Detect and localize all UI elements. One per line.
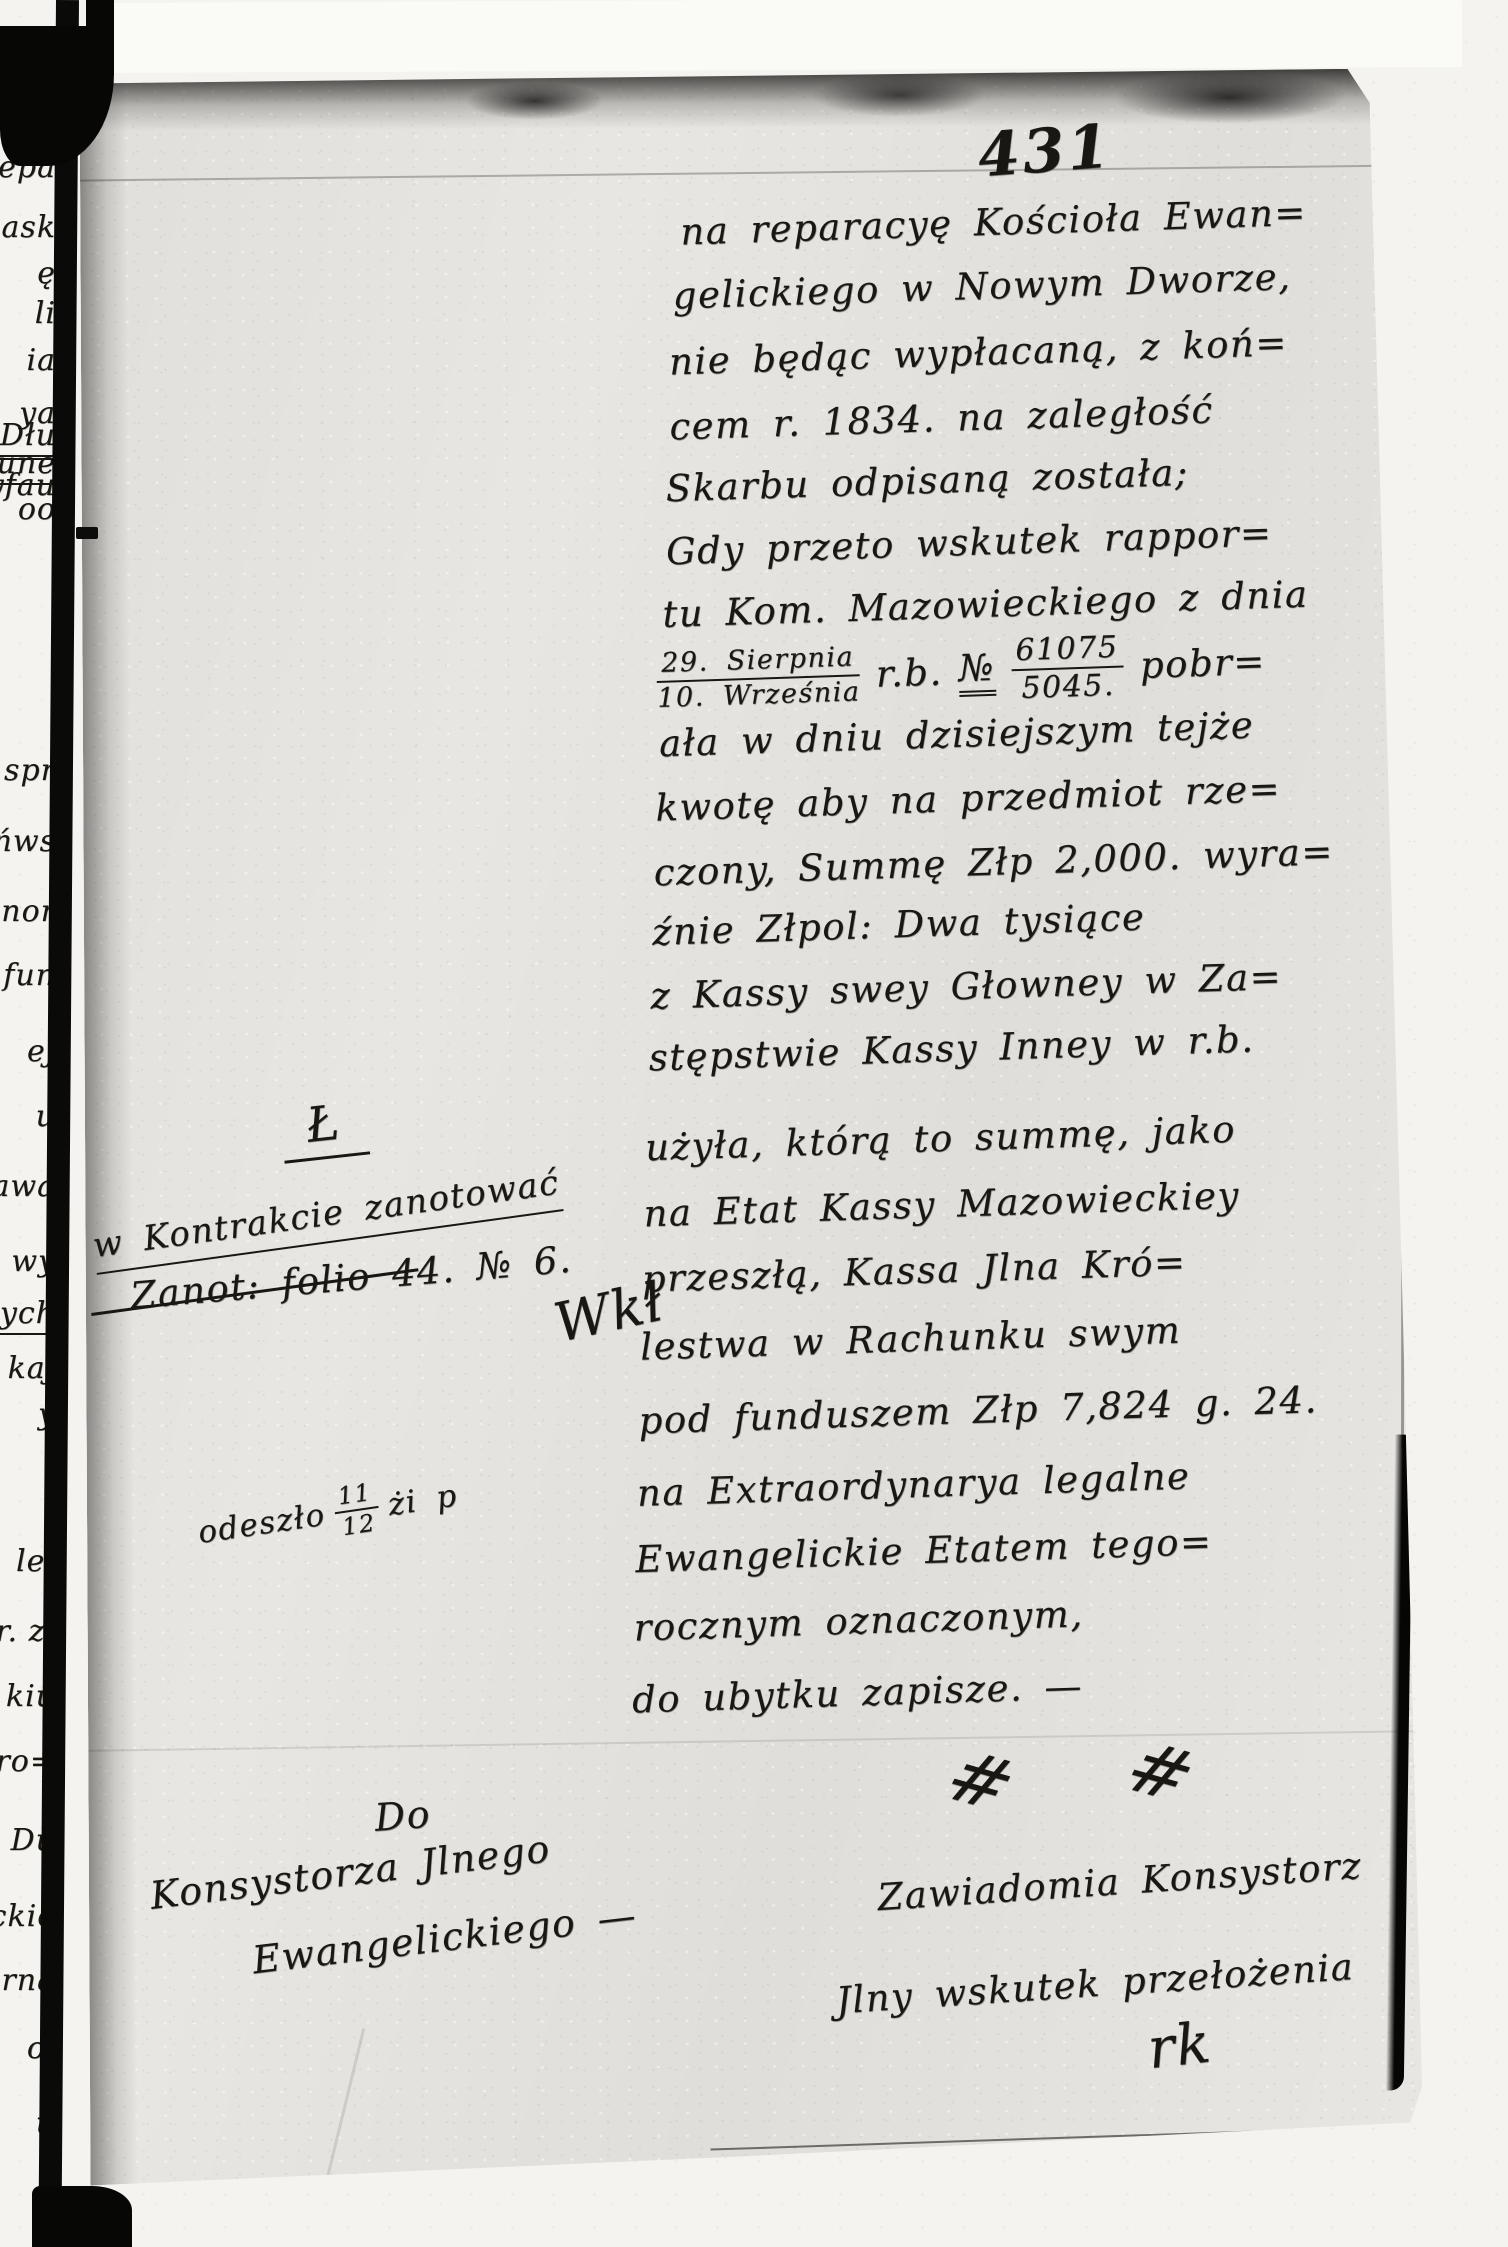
date-line-rb: r.b. [875, 651, 943, 696]
dispatch-fraction-denominator: 12 [335, 1508, 382, 1541]
manuscript-line: na Extraordynarya legalne [636, 1454, 1191, 1514]
manuscript-line: użyła, którą to summę, jako [645, 1108, 1237, 1170]
cutoff-text-fragment: ask [2, 210, 56, 245]
bottom-fold-line [79, 2134, 1422, 2187]
cutoff-text-fragment: spr [4, 753, 56, 788]
manuscript-line: nie będąc wypłacaną, z koń= [668, 321, 1288, 383]
page-top-shadow-smudge [79, 69, 1411, 132]
manuscript-page: 431 na reparacyę Kościoła Ewan= gelickie… [79, 69, 1422, 2188]
dispatch-tail: żi p [386, 1478, 460, 1524]
manuscript-line: lestwa w Rachunku swym [640, 1309, 1182, 1369]
page-right-dark-edge [1386, 1435, 1413, 2091]
page-number: 431 [975, 112, 1114, 192]
manuscript-line: Gdy przeto wskutek rappor= [665, 511, 1273, 573]
manuscript-line: tu Kom. Mazowieckiego z dnia [662, 573, 1309, 636]
manuscript-line: kwotę aby na przedmiot rze= [655, 767, 1282, 830]
binding-ink-blob-notch [86, 0, 114, 58]
addressee-line: Do [373, 1792, 432, 1840]
reference-number-denominator: 5045. [1011, 667, 1125, 704]
page-right-top-mark [1397, 87, 1404, 161]
reference-number-fraction: 61075 5045. [1010, 632, 1125, 705]
bottom-fold-line [710, 2124, 1422, 2151]
manuscript-line: z Kassy swey Głowney w Za= [650, 955, 1283, 1018]
manuscript-line: stępstwie Kassy Inney w r.b. [648, 1017, 1255, 1079]
addressee-line: Ewangelickiego — [250, 1893, 639, 1982]
manuscript-line: pod funduszem Złp 7,824 g. 24. [638, 1378, 1318, 1442]
date-fraction-denominator: 10. Września [657, 676, 861, 713]
manuscript-line: na reparacyę Kościoła Ewan= [680, 191, 1308, 254]
manuscript-line: Ewangelickie Etatem tego= [635, 1520, 1213, 1581]
manuscript-line: do ubytku zapisze. — [631, 1664, 1083, 1721]
paper-scratch [322, 2028, 365, 2187]
page-right-edge-line [1401, 99, 1406, 1449]
dispatch-date-fraction: 11 12 [331, 1479, 382, 1541]
scanned-manuscript-page: { "colors":{"backdrop":"#f4f3ef","paper"… [0, 0, 1508, 2247]
clerk-paraph: rk [1144, 2010, 1214, 2082]
hash-mark: # [932, 1734, 1031, 1827]
manuscript-line: cem r. 1834. na zaległość [669, 388, 1214, 448]
reference-number-numerator: 61075 [1010, 632, 1124, 671]
manuscript-line: źnie Złpol: Dwa tysiące [651, 895, 1146, 953]
page-top-crease [80, 164, 1412, 181]
hash-mark: # [1112, 1725, 1211, 1818]
margin-mark: Ł [278, 1092, 370, 1164]
horizontal-crease [88, 1730, 1420, 1752]
underlying-page-edge [88, 0, 1462, 73]
binding-stitch-mark [76, 527, 98, 539]
manuscript-date-line: 29. Sierpnia 10. Września r.b. № 61075 5… [656, 627, 1267, 716]
numero-sign: № [958, 645, 996, 696]
closing-line: Jlny wskutek przełożenia [835, 1945, 1356, 2022]
cutoff-text-fragment: ia [27, 343, 56, 378]
date-line-tail-word: pobr= [1139, 640, 1266, 687]
cutoff-text-fragment: ńws [0, 824, 56, 859]
closing-line: Zawiadomia Konsystorz [876, 1844, 1363, 1919]
manuscript-line: gelickiego w Nowym Dworze, [672, 255, 1292, 317]
binding-ink-blob-bottom [32, 2186, 132, 2247]
manuscript-line: rocznym oznaczonym, [633, 1592, 1084, 1649]
manuscript-line: Skarbu odpisaną została; [665, 451, 1189, 510]
dispatch-word: odeszło [196, 1497, 328, 1551]
manuscript-line: na Etat Kassy Mazowieckiey [643, 1174, 1241, 1236]
date-fraction: 29. Sierpnia 10. Września [656, 643, 861, 712]
manuscript-line: czony, Summę Złp 2,000. wyra= [653, 830, 1334, 894]
cutoff-text-fragment: oo [18, 492, 56, 527]
manuscript-line: przeszłą, Kassa Jlna Kró= [641, 1241, 1187, 1301]
gutter-shadow [79, 75, 138, 2187]
addressee-line: Konsystorza Jlnego [148, 1826, 553, 1917]
margin-dispatch-note: odeszło 11 12 żi p [194, 1468, 461, 1562]
